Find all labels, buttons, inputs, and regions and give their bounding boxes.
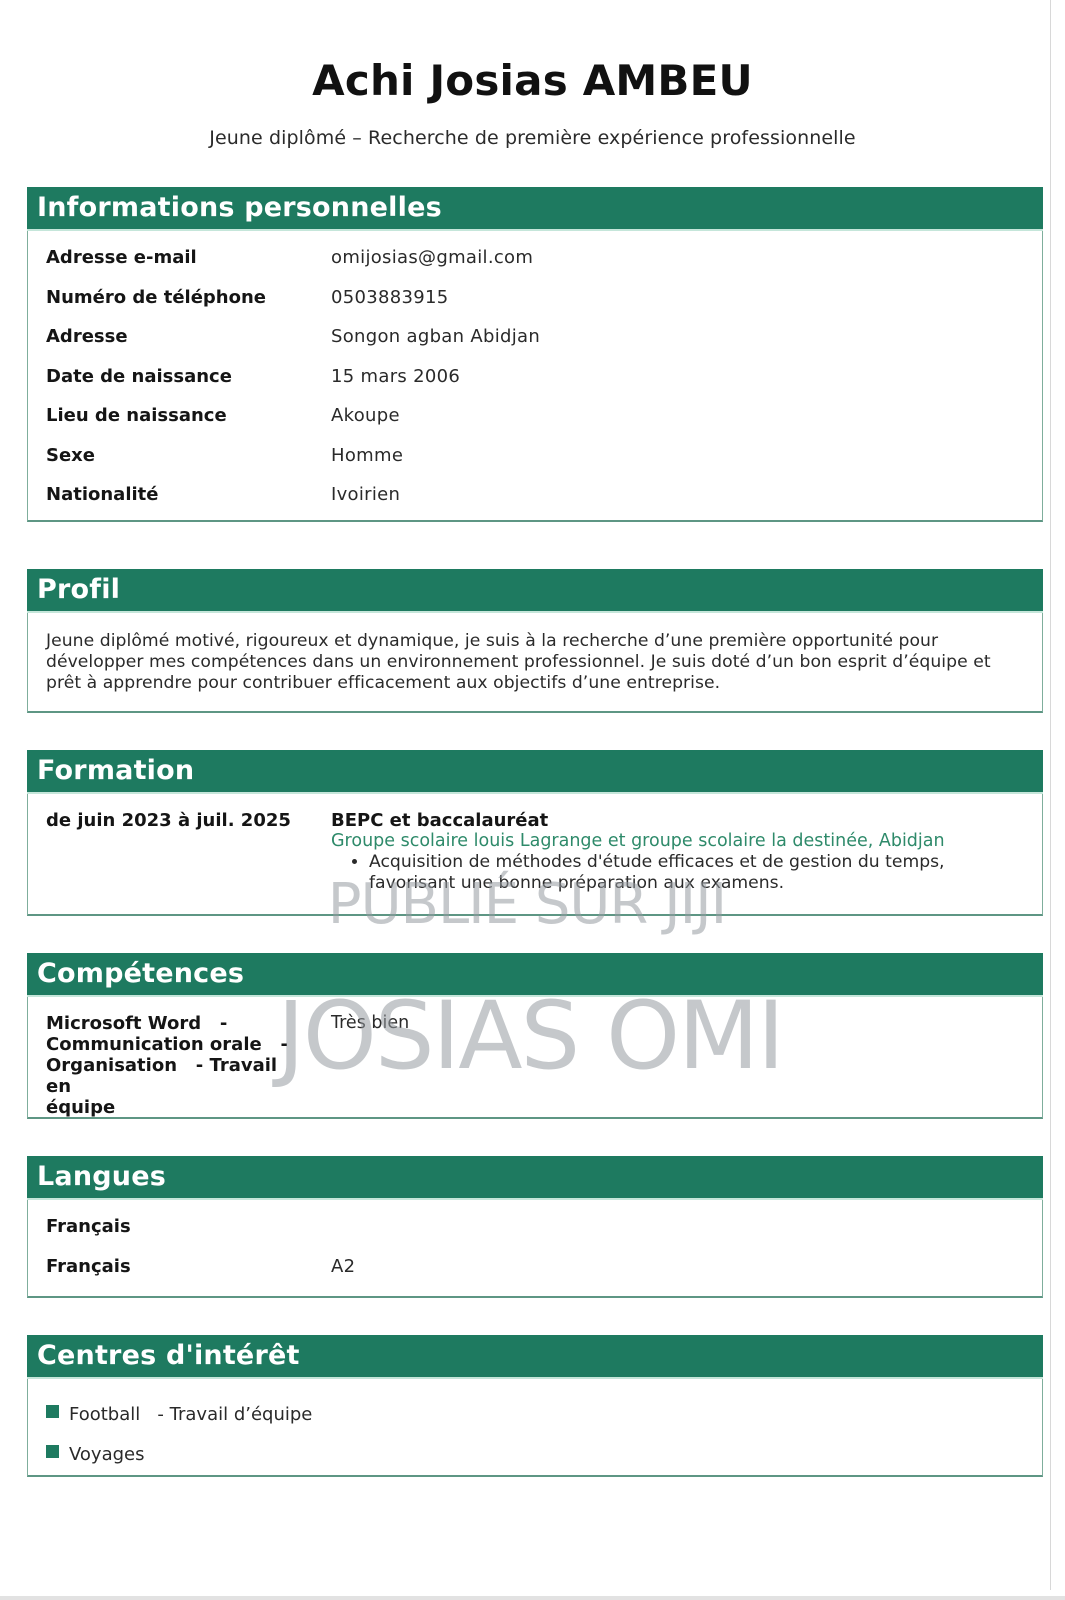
section-title: Langues <box>27 1156 1043 1200</box>
education-item: de juin 2023 à juil. 2025 BEPC et baccal… <box>46 810 1024 893</box>
info-row-email: Adresse e-mail omijosias@gmail.com <box>46 247 1024 287</box>
interest-item: Football - Travail d’équipe <box>46 1395 1024 1435</box>
education-date: de juin 2023 à juil. 2025 <box>46 810 331 831</box>
cv-page: Achi Josias AMBEU Jeune diplômé – Recher… <box>0 0 1065 1600</box>
education-bullet: Acquisition de méthodes d'étude efficace… <box>369 852 1024 893</box>
info-row-nationality: Nationalité Ivoirien <box>46 484 1024 524</box>
section-languages: Langues Français Français A2 <box>27 1156 1043 1298</box>
language-row: Français <box>46 1216 1024 1256</box>
skill-item: Microsoft Word - Communication orale - O… <box>46 1013 1024 1118</box>
language-label: Français <box>46 1216 331 1237</box>
square-bullet-icon <box>46 1405 59 1418</box>
section-title: Informations personnelles <box>27 187 1043 231</box>
section-skills: Compétences Microsoft Word - Communicati… <box>27 953 1043 1119</box>
language-label: Français <box>46 1256 331 1277</box>
section-personal-info: Informations personnelles Adresse e-mail… <box>27 187 1043 522</box>
skill-level: Très bien <box>331 1013 409 1033</box>
square-bullet-icon <box>46 1445 59 1458</box>
info-label: Numéro de téléphone <box>46 287 331 308</box>
section-profile: Profil Jeune diplômé motivé, rigoureux e… <box>27 569 1043 713</box>
info-label: Adresse <box>46 326 331 347</box>
page-bottom-bar <box>0 1596 1065 1600</box>
section-interests: Centres d'intérêt Football - Travail d’é… <box>27 1335 1043 1477</box>
interest-label: Voyages <box>69 1444 145 1465</box>
section-education: Formation de juin 2023 à juil. 2025 BEPC… <box>27 750 1043 916</box>
education-school: Groupe scolaire louis Lagrange et groupe… <box>331 831 1024 852</box>
info-label: Nationalité <box>46 484 331 505</box>
interest-label: Football - Travail d’équipe <box>69 1404 312 1425</box>
info-row-birthplace: Lieu de naissance Akoupe <box>46 405 1024 445</box>
info-label: Date de naissance <box>46 366 331 387</box>
info-value: 0503883915 <box>331 287 449 308</box>
info-value: Ivoirien <box>331 484 400 505</box>
info-row-sex: Sexe Homme <box>46 445 1024 485</box>
language-level: A2 <box>331 1256 355 1277</box>
info-label: Adresse e-mail <box>46 247 331 268</box>
info-value: 15 mars 2006 <box>331 366 460 387</box>
section-title: Profil <box>27 569 1043 613</box>
info-row-phone: Numéro de téléphone 0503883915 <box>46 287 1024 327</box>
profile-text: Jeune diplômé motivé, rigoureux et dynam… <box>46 631 1024 694</box>
info-value: Songon agban Abidjan <box>331 326 540 347</box>
section-title: Formation <box>27 750 1043 794</box>
info-value: omijosias@gmail.com <box>331 247 533 268</box>
section-title: Compétences <box>27 953 1043 997</box>
info-label: Lieu de naissance <box>46 405 331 426</box>
info-value: Homme <box>331 445 403 466</box>
page-edge <box>1050 0 1051 1590</box>
info-label: Sexe <box>46 445 331 466</box>
language-row: Français A2 <box>46 1256 1024 1296</box>
info-row-birthdate: Date de naissance 15 mars 2006 <box>46 366 1024 406</box>
section-title: Centres d'intérêt <box>27 1335 1043 1379</box>
education-degree: BEPC et baccalauréat <box>331 810 1024 831</box>
info-row-address: Adresse Songon agban Abidjan <box>46 326 1024 366</box>
info-value: Akoupe <box>331 405 400 426</box>
cv-name: Achi Josias AMBEU <box>0 56 1065 105</box>
interest-item: Voyages <box>46 1435 1024 1475</box>
cv-subtitle: Jeune diplômé – Recherche de première ex… <box>0 127 1065 149</box>
skill-label: Microsoft Word - Communication orale - O… <box>46 1013 331 1118</box>
education-bullets: Acquisition de méthodes d'étude efficace… <box>331 852 1024 893</box>
